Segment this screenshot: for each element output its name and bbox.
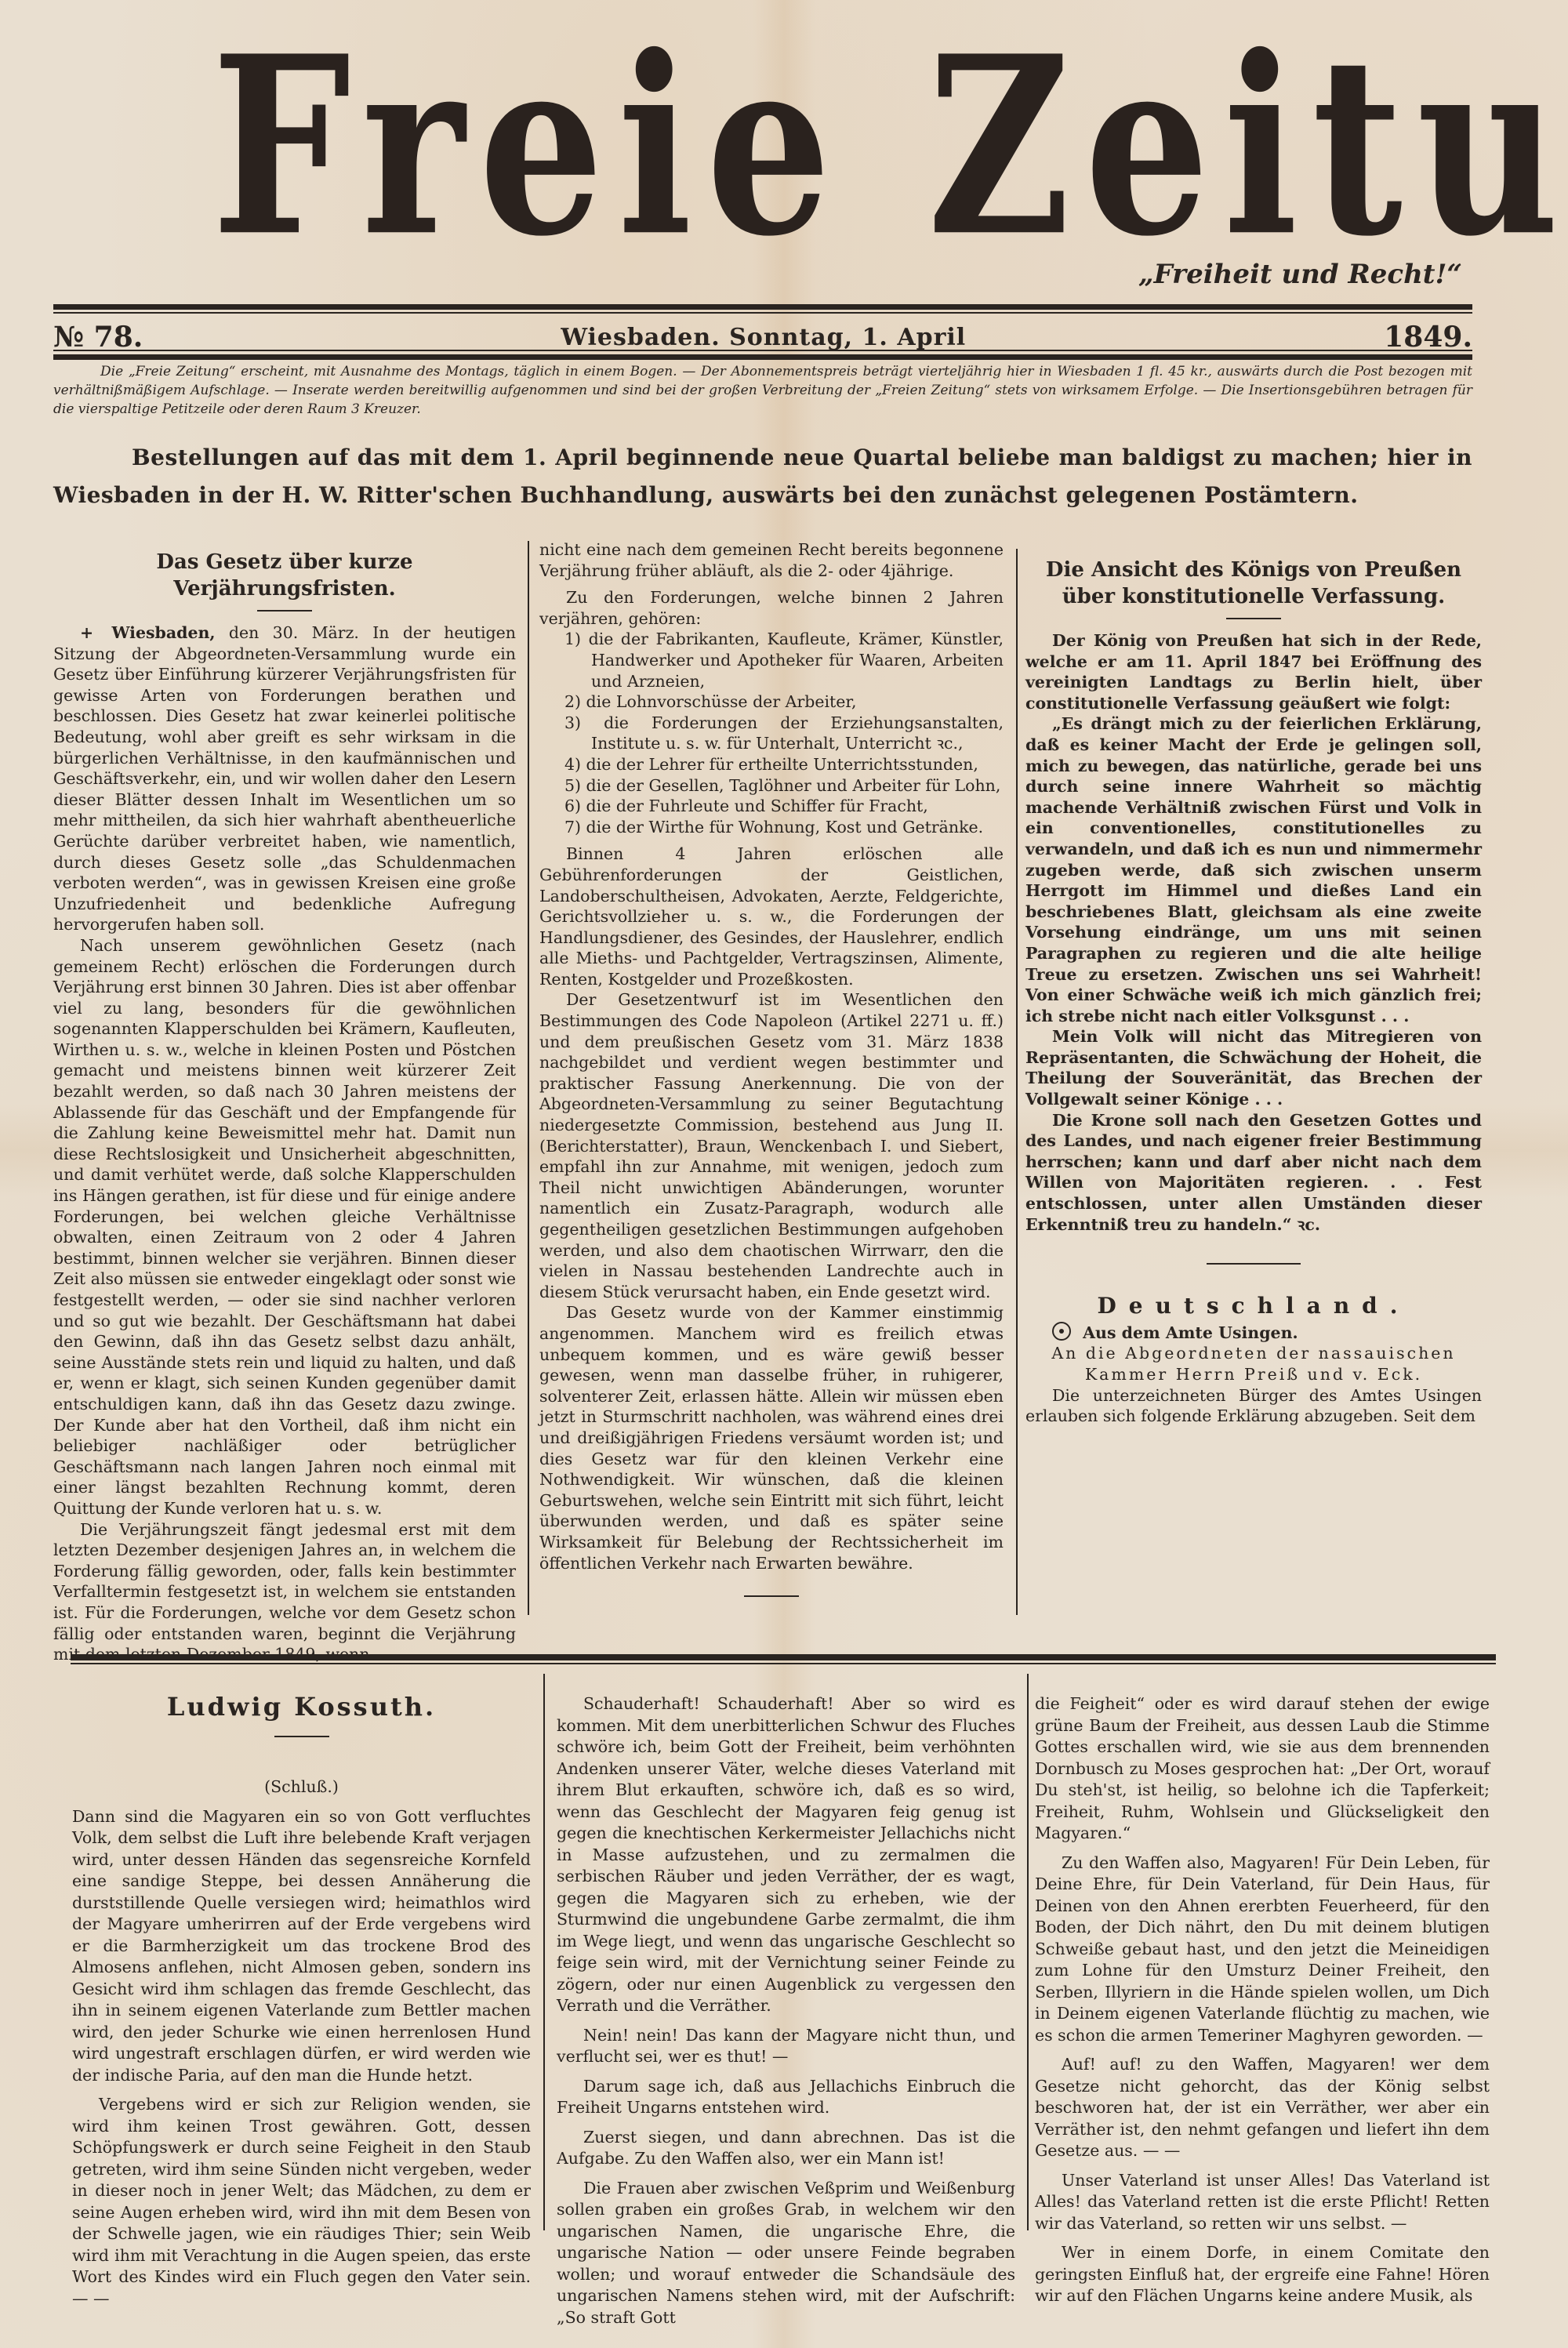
column-divider <box>1016 549 1018 1615</box>
article-paragraph: Zu den Forderungen, welche binnen 2 Jahr… <box>539 587 1004 629</box>
dateline-bottom-rule <box>53 354 1472 360</box>
article-paragraph: Die Verjährungszeit fängt jedesmal erst … <box>53 1519 516 1665</box>
article-paragraph: Zuerst siegen, und dann abrechnen. Das i… <box>557 2127 1015 2170</box>
article-paragraph: Die Frauen aber zwischen Veßprim und Wei… <box>557 2178 1015 2329</box>
kossuth-col1: Ludwig Kossuth. (Schluß.) Dann sind die … <box>72 1693 531 2317</box>
article-law-col2: nicht eine nach dem gemeinen Recht berei… <box>539 539 1004 1608</box>
article-paragraph: Darum sage ich, daß aus Jellachichs Einb… <box>557 2076 1015 2119</box>
place-date: Wiesbaden. Sonntag, 1. April <box>561 324 966 351</box>
quote-paragraph: „Es drängt mich zu der feierlichen Erklä… <box>1025 713 1482 1026</box>
list-item: 5) die der Gesellen, Taglöhner und Arbei… <box>539 775 1004 797</box>
article-paragraph: Der Gesetzentwurf ist im Wesentlichen de… <box>539 989 1004 1302</box>
article-law-col1: Das Gesetz über kurze Verjährungsfristen… <box>53 549 516 1665</box>
article-paragraph: nicht eine nach dem gemeinen Recht berei… <box>539 539 1004 581</box>
list-item: 3) die Forderungen der Erziehungsanstalt… <box>539 713 1004 754</box>
list-item: 1) die der Fabrikanten, Kaufleute, Kräme… <box>539 629 1004 691</box>
list-item: 2) die Lohnvorschüsse der Arbeiter, <box>539 691 1004 713</box>
article-paragraph: Wer in einem Dorfe, in einem Comitate de… <box>1035 2242 1490 2307</box>
article-paragraph: Vergebens wird er sich zur Religion wend… <box>72 2094 531 2310</box>
quote-paragraph: Die Krone soll nach den Gesetzen Gottes … <box>1025 1110 1482 1236</box>
article-headline: Das Gesetz über kurze Verjährungsfristen… <box>53 549 516 602</box>
column-divider <box>528 541 529 1615</box>
newspaper-title: Freie Zeitung. <box>212 24 1309 347</box>
article-subtitle: (Schluß.) <box>72 1776 531 1798</box>
kossuth-col3: die Feigheit“ oder es wird darauf stehen… <box>1035 1693 1490 2315</box>
issue-number: № 78. <box>53 321 143 354</box>
address-line: An die Abgeordneten der nassauischen Kam… <box>1025 1343 1482 1384</box>
headline-separator <box>1226 618 1281 619</box>
article-paragraph: Nein! nein! Das kann der Magyare nicht t… <box>557 2025 1015 2068</box>
article-paragraph: den 30. März. In der heutigen Sitzung de… <box>53 623 516 934</box>
article-king: Die Ansicht des Königs von Preußen über … <box>1025 557 1482 1427</box>
section-separator <box>1207 1263 1301 1265</box>
article-paragraph: Binnen 4 Jahren erlöschen alle Gebührenf… <box>539 844 1004 989</box>
cross-marker-icon: + <box>80 623 93 642</box>
report-dateline: Aus dem Amte Usingen. <box>1083 1323 1298 1342</box>
headline-separator <box>274 1736 329 1737</box>
article-headline: Ludwig Kossuth. <box>72 1693 531 1720</box>
dateline-top-rule <box>53 304 1472 310</box>
list-item: 6) die der Fuhrleute und Schiffer für Fr… <box>539 796 1004 817</box>
newspaper-motto: „Freiheit und Recht!“ <box>1138 259 1462 290</box>
claims-list: 1) die der Fabrikanten, Kaufleute, Kräme… <box>539 629 1004 837</box>
dateline-bottom-thin-rule <box>53 350 1472 351</box>
section-heading-germany: Deutschland. <box>1025 1296 1482 1317</box>
headline-separator <box>257 610 312 611</box>
lead-place: Wiesbaden, <box>112 623 216 642</box>
article-end-separator <box>744 1595 799 1597</box>
circled-dot-icon <box>1052 1322 1071 1341</box>
section-divider-thick <box>71 1654 1496 1660</box>
list-item: 7) die der Wirthe für Wohnung, Kost und … <box>539 817 1004 838</box>
column-divider <box>543 1674 545 2230</box>
article-paragraph: Der König von Preußen hat sich in der Re… <box>1025 630 1482 713</box>
publication-notice: Die „Freie Zeitung“ erscheint, mit Ausna… <box>53 362 1472 419</box>
subscription-announcement: Bestellungen auf das mit dem 1. April be… <box>53 439 1472 514</box>
article-headline: Die Ansicht des Königs von Preußen über … <box>1025 557 1482 610</box>
article-paragraph: die Feigheit“ oder es wird darauf stehen… <box>1035 1693 1490 1845</box>
article-paragraph: Schauderhaft! Schauderhaft! Aber so wird… <box>557 1693 1015 2017</box>
issue-year: 1849. <box>1384 321 1472 354</box>
article-paragraph: Das Gesetz wurde von der Kammer einstimm… <box>539 1302 1004 1573</box>
quote-paragraph: Mein Volk will nicht das Mitregieren von… <box>1025 1026 1482 1109</box>
article-paragraph: Nach unserem gewöhnlichen Gesetz (nach g… <box>53 935 516 1519</box>
article-paragraph: Unser Vaterland ist unser Alles! Das Vat… <box>1035 2170 1490 2235</box>
kossuth-col2: Schauderhaft! Schauderhaft! Aber so wird… <box>557 1693 1015 2336</box>
dateline-bar: № 78. Wiesbaden. Sonntag, 1. April 1849. <box>53 314 1472 361</box>
list-item: 4) die der Lehrer für ertheilte Unterric… <box>539 754 1004 775</box>
section-divider-thin <box>71 1663 1496 1664</box>
article-paragraph: Auf! auf! zu den Waffen, Magyaren! wer d… <box>1035 2054 1490 2162</box>
article-paragraph: Dann sind die Magyaren ein so von Gott v… <box>72 1806 531 2087</box>
column-divider <box>1027 1674 1029 2230</box>
article-paragraph: Die unterzeichneten Bürger des Amtes Usi… <box>1025 1385 1482 1427</box>
article-paragraph: Zu den Waffen also, Magyaren! Für Dein L… <box>1035 1853 1490 2047</box>
